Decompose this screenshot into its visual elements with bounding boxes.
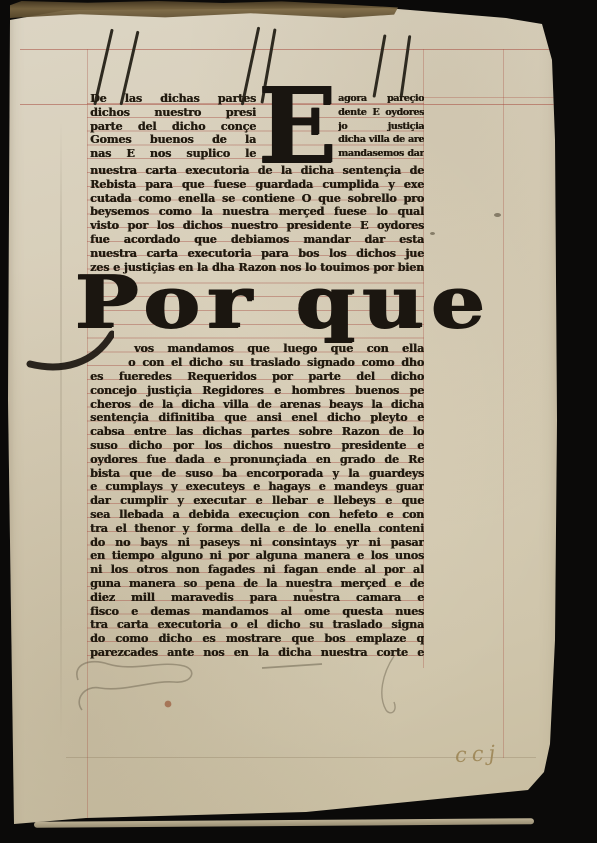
text-line: e cumplays y executeys e hagays e mandey…	[90, 480, 424, 494]
parchment-speck	[309, 589, 313, 592]
initial-flourish	[24, 330, 114, 376]
decorated-initial-letter: E	[256, 90, 338, 162]
text-line: beysemos como la nuestra merçed fuese lo…	[90, 205, 424, 219]
text-line: tra el thenor y forma della e de lo enel…	[90, 522, 424, 536]
text-line: diez mill maravedis para nuestra camara …	[90, 591, 424, 605]
text-line: cutada como enella se contiene O que sob…	[90, 192, 424, 206]
text-line: suso dicho por los dichos nuestro presid…	[90, 439, 424, 453]
text-line: sea llebada a debida execuçion con hefet…	[90, 508, 424, 522]
pen-stroke-mark	[400, 35, 412, 97]
manuscript-page: De las dichas partes dichos nuestro pres…	[6, 0, 568, 843]
ruling-line-horizontal	[20, 49, 551, 50]
parchment-speck	[430, 232, 435, 235]
text-line: mandasemos dar	[338, 147, 424, 161]
text-line: concejo justiçia Regidores e hombres bue…	[90, 384, 424, 398]
text-line: jo justiçia Regidores	[338, 120, 424, 134]
book-block-edge	[34, 818, 534, 827]
text-line: sentençia difinitiba que ansi enel dicho…	[90, 411, 424, 425]
calligraphic-heading: Por que	[74, 262, 597, 348]
text-line: tra carta executoria o el dicho su trasl…	[90, 618, 424, 632]
folio-number: ccj	[454, 741, 500, 767]
text-line: cabsa entre las dichas partes sobre Razo…	[90, 425, 424, 439]
text-line: dente E oydores la	[338, 106, 424, 120]
text-line: dichos nuestro presi	[90, 106, 256, 120]
text-line: fue acordado que debiamos mandar dar est…	[90, 233, 424, 247]
text-line: o con el dicho su traslado signado como …	[90, 356, 424, 370]
text-line: bista que de suso ba encorporada y la gu…	[90, 467, 424, 481]
pen-stroke-mark	[372, 34, 386, 98]
text-line: ni los otros non fagades ni fagan ende a…	[90, 563, 424, 577]
margin-scribbles	[64, 652, 424, 724]
text-line: parte del dicho conçe	[90, 120, 256, 134]
opening-left-column: De las dichas partes dichos nuestro pres…	[90, 92, 256, 164]
text-line: do no bays ni paseys ni consintays yr ni…	[90, 536, 424, 550]
text-line: visto por los dichos nuestro presidente …	[90, 219, 424, 233]
text-line: agora pareçio antelos	[338, 92, 424, 106]
text-line: oydores fue dada e pronunçiada en grado …	[90, 453, 424, 467]
paragraph-2: vos mandamos que luego que con ella o co…	[90, 342, 424, 659]
text-line: nas E nos suplico le	[90, 147, 256, 161]
ruling-line-horizontal	[423, 97, 557, 98]
text-line: es fueredes Requeridos por parte del dic…	[90, 370, 424, 384]
parchment-speck	[494, 213, 501, 217]
text-line: dicha villa de are	[338, 133, 424, 147]
opening-right-column: agora pareçio antelos dente E oydores la…	[338, 92, 424, 164]
calligraphic-heading-slot: Por que	[90, 274, 424, 342]
parchment-crease	[60, 120, 62, 740]
text-line: do como dicho es mostrare que bos emplaz…	[90, 632, 424, 646]
text-line: Gomes buenos de la	[90, 133, 256, 147]
text-line: fisco e demas mandamos al ome questa nue…	[90, 605, 424, 619]
text-line: cheros de la dicha villa de arenas beays…	[90, 398, 424, 412]
text-line: dar cumplir y executar e llebar e llebey…	[90, 494, 424, 508]
text-line: guna manera so pena de la nuestra merçed…	[90, 577, 424, 591]
text-line: De las dichas partes	[90, 92, 256, 106]
text-block: De las dichas partes dichos nuestro pres…	[90, 92, 424, 660]
text-line: en tiempo alguno ni por alguna manera e …	[90, 549, 424, 563]
opening-lines: De las dichas partes dichos nuestro pres…	[90, 92, 424, 164]
ruling-line-vertical	[503, 49, 504, 758]
